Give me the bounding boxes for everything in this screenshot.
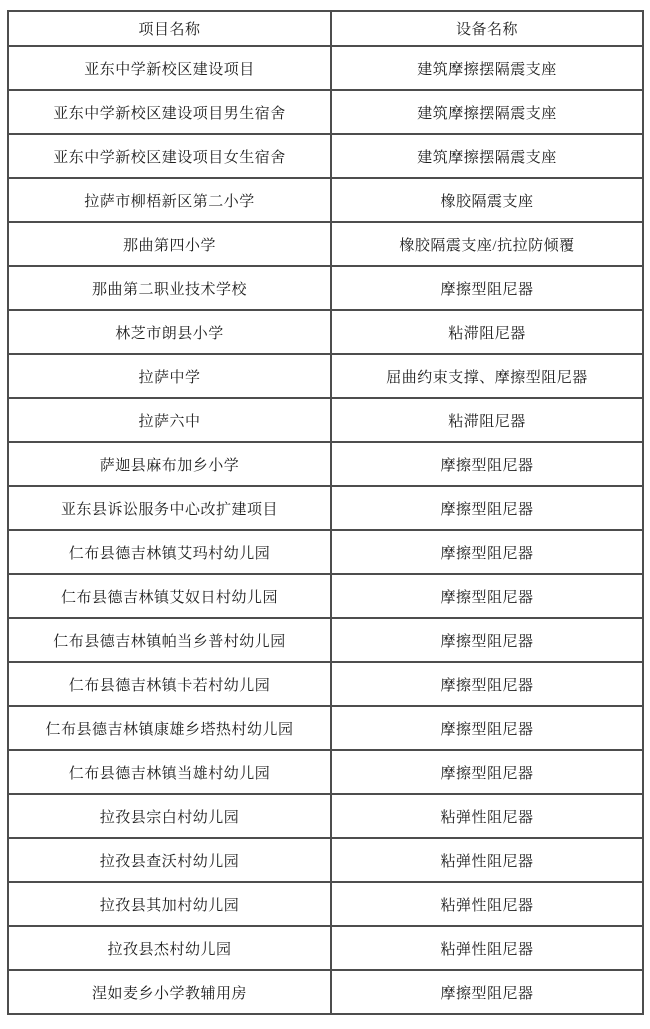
cell-project-name: 仁布县德吉林镇艾奴日村幼儿园 <box>8 574 331 618</box>
table-row: 涅如麦乡小学教辅用房 摩擦型阻尼器 <box>8 970 643 1014</box>
cell-project-name: 那曲第四小学 <box>8 222 331 266</box>
cell-project-name: 林芝市朗县小学 <box>8 310 331 354</box>
cell-project-name: 亚东中学新校区建设项目 <box>8 46 331 90</box>
cell-equipment-name: 建筑摩擦摆隔震支座 <box>331 134 643 178</box>
cell-equipment-name: 建筑摩擦摆隔震支座 <box>331 90 643 134</box>
project-equipment-table: 项目名称 设备名称 亚东中学新校区建设项目 建筑摩擦摆隔震支座 亚东中学新校区建… <box>7 10 644 1015</box>
cell-equipment-name: 粘弹性阻尼器 <box>331 882 643 926</box>
table-row: 仁布县德吉林镇康雄乡塔热村幼儿园 摩擦型阻尼器 <box>8 706 643 750</box>
column-header-equipment-name: 设备名称 <box>331 11 643 46</box>
table-row: 仁布县德吉林镇帕当乡普村幼儿园 摩擦型阻尼器 <box>8 618 643 662</box>
cell-equipment-name: 建筑摩擦摆隔震支座 <box>331 46 643 90</box>
cell-project-name: 涅如麦乡小学教辅用房 <box>8 970 331 1014</box>
cell-project-name: 萨迦县麻布加乡小学 <box>8 442 331 486</box>
table-row: 拉孜县杰村幼儿园 粘弹性阻尼器 <box>8 926 643 970</box>
table-row: 亚东中学新校区建设项目女生宿舍 建筑摩擦摆隔震支座 <box>8 134 643 178</box>
table-row: 萨迦县麻布加乡小学 摩擦型阻尼器 <box>8 442 643 486</box>
table-row: 仁布县德吉林镇当雄村幼儿园 摩擦型阻尼器 <box>8 750 643 794</box>
cell-project-name: 拉萨中学 <box>8 354 331 398</box>
cell-project-name: 仁布县德吉林镇艾玛村幼儿园 <box>8 530 331 574</box>
table-row: 拉萨中学 屈曲约束支撑、摩擦型阻尼器 <box>8 354 643 398</box>
table-row: 仁布县德吉林镇卡若村幼儿园 摩擦型阻尼器 <box>8 662 643 706</box>
cell-equipment-name: 粘弹性阻尼器 <box>331 794 643 838</box>
cell-project-name: 仁布县德吉林镇当雄村幼儿园 <box>8 750 331 794</box>
cell-equipment-name: 摩擦型阻尼器 <box>331 530 643 574</box>
table-header: 项目名称 设备名称 <box>8 11 643 46</box>
cell-project-name: 拉孜县查沃村幼儿园 <box>8 838 331 882</box>
cell-project-name: 亚东县诉讼服务中心改扩建项目 <box>8 486 331 530</box>
cell-equipment-name: 摩擦型阻尼器 <box>331 662 643 706</box>
table-row: 拉孜县其加村幼儿园 粘弹性阻尼器 <box>8 882 643 926</box>
cell-project-name: 仁布县德吉林镇康雄乡塔热村幼儿园 <box>8 706 331 750</box>
cell-equipment-name: 橡胶隔震支座 <box>331 178 643 222</box>
table-row: 亚东中学新校区建设项目男生宿舍 建筑摩擦摆隔震支座 <box>8 90 643 134</box>
table-row: 拉萨六中 粘滞阻尼器 <box>8 398 643 442</box>
table-row: 仁布县德吉林镇艾奴日村幼儿园 摩擦型阻尼器 <box>8 574 643 618</box>
table-body: 亚东中学新校区建设项目 建筑摩擦摆隔震支座 亚东中学新校区建设项目男生宿舍 建筑… <box>8 46 643 1014</box>
cell-equipment-name: 摩擦型阻尼器 <box>331 442 643 486</box>
cell-equipment-name: 摩擦型阻尼器 <box>331 750 643 794</box>
table-row: 那曲第二职业技术学校 摩擦型阻尼器 <box>8 266 643 310</box>
cell-project-name: 仁布县德吉林镇卡若村幼儿园 <box>8 662 331 706</box>
table-row: 拉孜县宗白村幼儿园 粘弹性阻尼器 <box>8 794 643 838</box>
cell-project-name: 拉萨市柳梧新区第二小学 <box>8 178 331 222</box>
cell-equipment-name: 摩擦型阻尼器 <box>331 486 643 530</box>
table-row: 仁布县德吉林镇艾玛村幼儿园 摩擦型阻尼器 <box>8 530 643 574</box>
column-header-project-name: 项目名称 <box>8 11 331 46</box>
cell-equipment-name: 摩擦型阻尼器 <box>331 574 643 618</box>
cell-project-name: 拉孜县杰村幼儿园 <box>8 926 331 970</box>
cell-equipment-name: 摩擦型阻尼器 <box>331 618 643 662</box>
cell-project-name: 拉孜县其加村幼儿园 <box>8 882 331 926</box>
cell-equipment-name: 摩擦型阻尼器 <box>331 266 643 310</box>
cell-equipment-name: 粘滞阻尼器 <box>331 398 643 442</box>
cell-equipment-name: 橡胶隔震支座/抗拉防倾覆 <box>331 222 643 266</box>
cell-equipment-name: 粘弹性阻尼器 <box>331 838 643 882</box>
cell-project-name: 拉孜县宗白村幼儿园 <box>8 794 331 838</box>
cell-equipment-name: 粘弹性阻尼器 <box>331 926 643 970</box>
table-row: 亚东县诉讼服务中心改扩建项目 摩擦型阻尼器 <box>8 486 643 530</box>
table-row: 那曲第四小学 橡胶隔震支座/抗拉防倾覆 <box>8 222 643 266</box>
table-row: 拉萨市柳梧新区第二小学 橡胶隔震支座 <box>8 178 643 222</box>
cell-project-name: 仁布县德吉林镇帕当乡普村幼儿园 <box>8 618 331 662</box>
table-row: 林芝市朗县小学 粘滞阻尼器 <box>8 310 643 354</box>
cell-equipment-name: 摩擦型阻尼器 <box>331 706 643 750</box>
cell-equipment-name: 屈曲约束支撑、摩擦型阻尼器 <box>331 354 643 398</box>
table-row: 拉孜县查沃村幼儿园 粘弹性阻尼器 <box>8 838 643 882</box>
table-row: 亚东中学新校区建设项目 建筑摩擦摆隔震支座 <box>8 46 643 90</box>
cell-equipment-name: 摩擦型阻尼器 <box>331 970 643 1014</box>
cell-equipment-name: 粘滞阻尼器 <box>331 310 643 354</box>
table-header-row: 项目名称 设备名称 <box>8 11 643 46</box>
cell-project-name: 拉萨六中 <box>8 398 331 442</box>
cell-project-name: 那曲第二职业技术学校 <box>8 266 331 310</box>
document-page: 项目名称 设备名称 亚东中学新校区建设项目 建筑摩擦摆隔震支座 亚东中学新校区建… <box>0 0 650 1029</box>
cell-project-name: 亚东中学新校区建设项目男生宿舍 <box>8 90 331 134</box>
cell-project-name: 亚东中学新校区建设项目女生宿舍 <box>8 134 331 178</box>
